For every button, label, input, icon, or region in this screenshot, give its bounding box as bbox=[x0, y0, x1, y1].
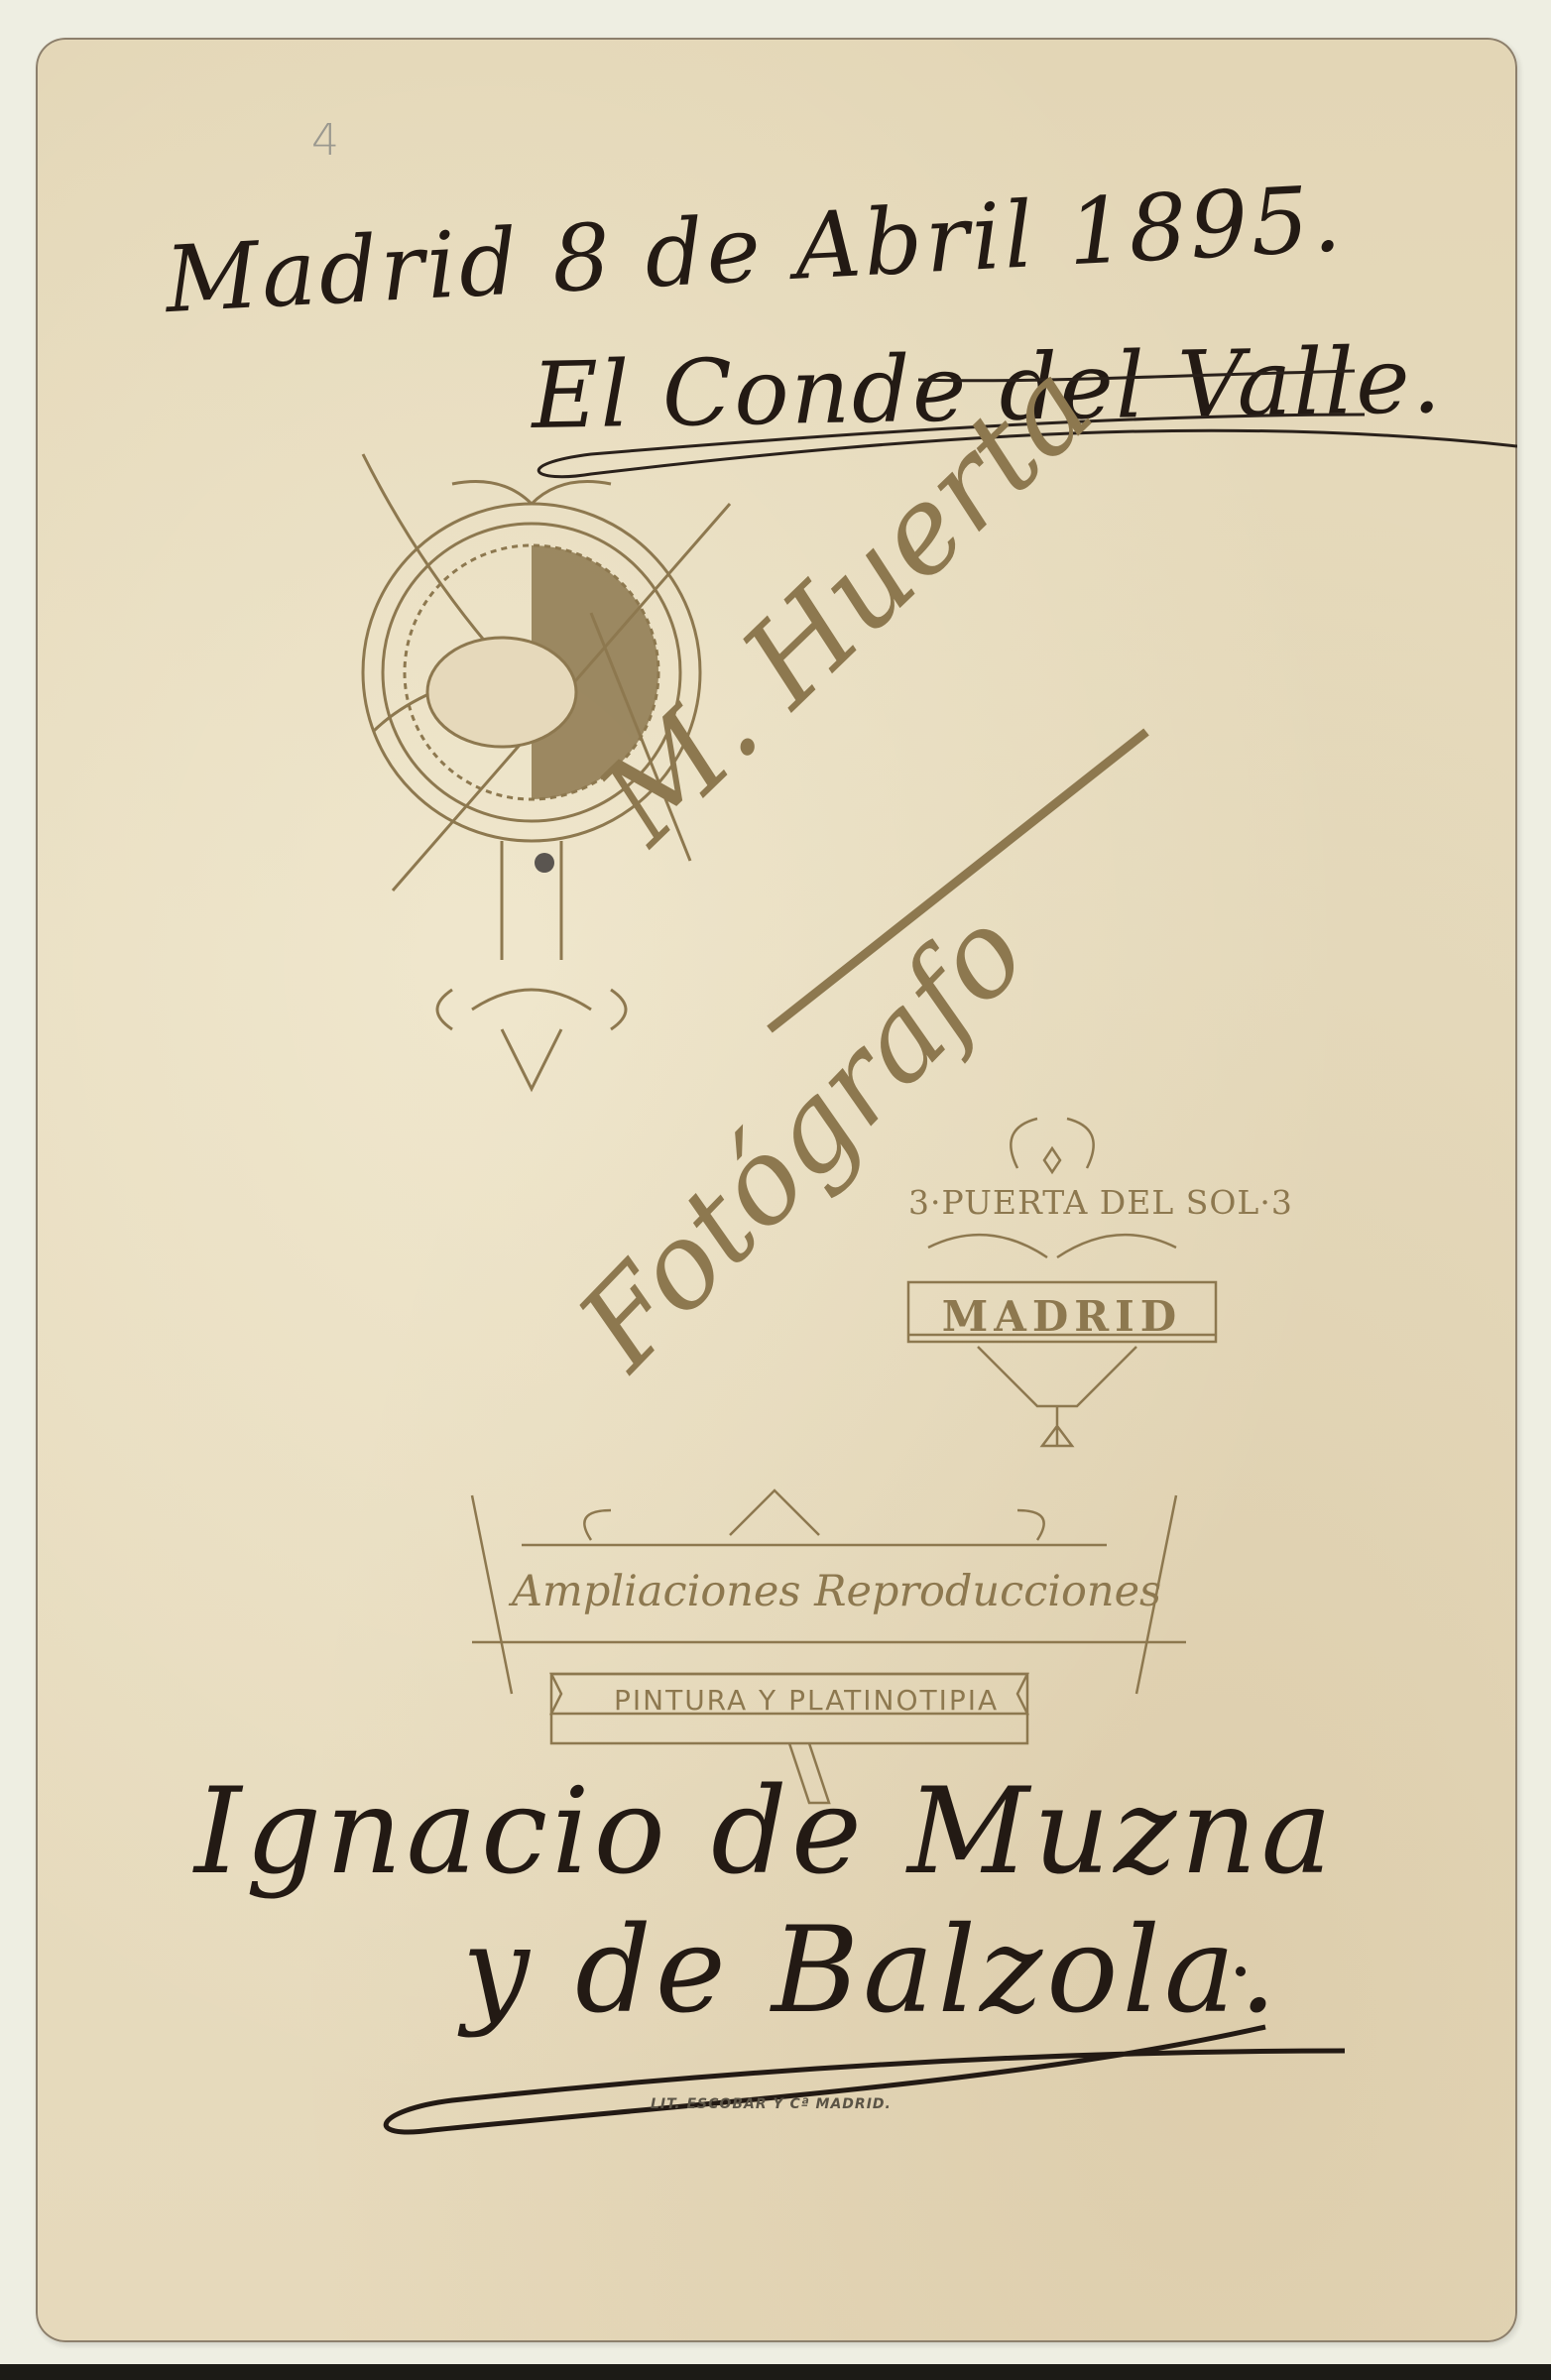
signature-line-2: y de Balzola. bbox=[462, 1902, 1281, 2040]
studio-address: 3·PUERTA DEL SOL·3 bbox=[908, 1183, 1293, 1222]
scan-border bbox=[0, 2364, 1551, 2380]
signature-line-1: Ignacio de Muzna bbox=[194, 1763, 1336, 1901]
studio-services: Ampliaciones Reproducciones bbox=[512, 1567, 1161, 1616]
studio-specialty-banner: PINTURA Y PLATINOTIPIA bbox=[614, 1684, 999, 1717]
studio-city: MADRID bbox=[928, 1292, 1196, 1341]
printer-credit: LIT. ESCOBAR Y Cª MADRID. bbox=[651, 2096, 892, 2112]
cabinet-card-back: 4 Madrid 8 de Abril 1895. El Conde del V… bbox=[36, 38, 1517, 2342]
